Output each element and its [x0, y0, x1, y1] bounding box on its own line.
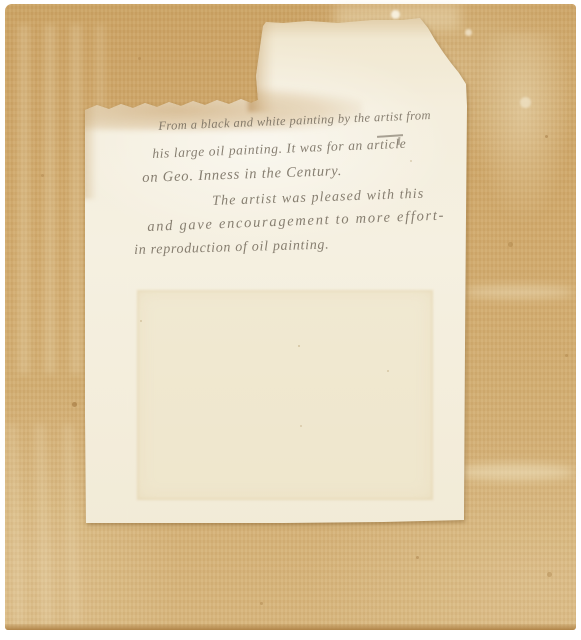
handwriting-line-6: in reproduction of oil painting. [134, 238, 330, 259]
handwriting-line-3: on Geo. Inness in the Century. [142, 163, 342, 187]
handwriting-line-5: and gave encouragement to more effort- [147, 208, 445, 236]
handwriting-line-1: From a black and white painting by the a… [158, 108, 431, 134]
handwriting-line-2: his large oil painting. It was for an ar… [152, 136, 407, 162]
handwriting: From a black and white painting by the a… [0, 0, 581, 640]
mounted-photograph: From a black and white painting by the a… [0, 0, 581, 640]
handwriting-line-4: The artist was pleased with this [212, 187, 425, 210]
